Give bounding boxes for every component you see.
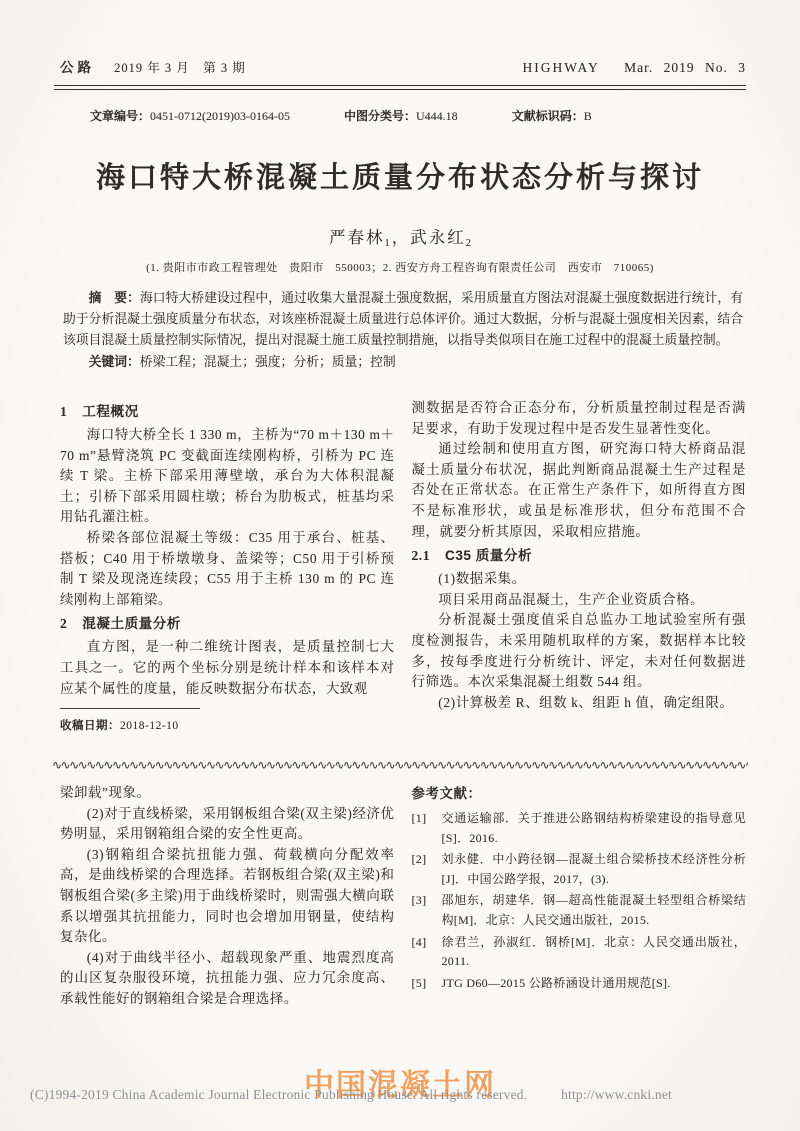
received-rule [60,708,200,709]
body-paragraph: (1)数据采集。 [412,569,747,590]
article-number: 文章编号：0451-0712(2019)03-0164-05 [90,107,290,124]
doc-code-value: B [584,109,592,123]
body-paragraph: 通过绘制和使用直方图，研究海口特大桥商品混凝土质量分布状况，据此判断商品混凝土生… [412,439,747,542]
reference-label: [5] [412,974,442,994]
body-columns-bottom: 梁卸载”现象。 (2)对于直线桥梁，采用钢板组合梁(双主梁)经济优势明显，采用钢… [60,783,746,1083]
section-title-2-1: C35 质量分析 [445,548,532,563]
journal-header-en: HIGHWAY Mar. 2019 No. 3 [523,60,747,76]
keywords-text: 桥梁工程；混凝土；强度；分析；质量；控制 [140,355,396,369]
header-double-rule [54,85,746,90]
page-footer: (C)1994-2019 China Academic Journal Elec… [30,1087,672,1103]
section-title-2: 混凝土质量分析 [82,616,181,631]
reference-text: 交通运输部．关于推进公路钢结构桥梁建设的指导意见[S]．2016. [442,809,747,848]
left-column-top: 1工程概况 海口特大桥全长 1 330 m，主桥为“70 m＋130 m＋70 … [60,398,395,762]
journal-issue-zh: 2019 年 3 月 第 3 期 [114,61,246,75]
copyright-text: (C)1994-2019 China Academic Journal Elec… [30,1087,527,1103]
reference-item-4: [4] 徐君兰，孙淑红．钢桥[M]．北京：人民交通出版社，2011. [412,933,747,972]
reference-label: [1] [412,809,442,848]
reference-item-1: [1] 交通运输部．关于推进公路钢结构桥梁建设的指导意见[S]．2016. [412,809,747,848]
body-paragraph-continuation: 测数据是否符合正态分布，分析质量控制过程是否满足要求，有助于发现过程中是否发生显… [412,398,747,439]
abstract-label: 摘 要： [89,290,140,305]
reference-text: 刘永健．中小跨径钢—混凝土组合梁桥技术经济性分析[J]．中国公路学报，2017，… [442,850,747,889]
article-meta: 文章编号：0451-0712(2019)03-0164-05 中图分类号：U44… [90,107,746,124]
clc-label: 中图分类号： [344,109,416,123]
reference-label: [4] [412,933,442,972]
keywords-label: 关键词： [89,354,140,369]
section-heading-1: 1工程概况 [60,401,395,422]
reference-item-5: [5] JTG D60—2015 公路桥涵设计通用规范[S]. [412,974,747,994]
reference-text: 徐君兰，孙淑红．钢桥[M]．北京：人民交通出版社，2011. [442,933,747,972]
section-title-1: 工程概况 [82,404,138,419]
body-paragraph: (4)对于曲线半径小、超载现象严重、地震烈度高的山区复杂服役环境，抗扭能力强、应… [60,948,395,1010]
paper-title: 海口特大桥混凝土质量分布状态分析与探讨 [0,155,800,196]
author-superscript-1: 1 [385,238,390,249]
received-date-note: 收稿日期：2018-12-10 [60,708,395,737]
references-heading: 参考文献： [412,783,747,805]
author-superscript-2: 2 [466,238,471,249]
body-paragraph: 桥梁各部位混凝土等级：C35 用于承台、桩基、搭板；C40 用于桥墩墩身、盖梁等… [60,528,395,610]
article-number-value: 0451-0712(2019)03-0164-05 [150,109,290,123]
keywords-line: 关键词：桥梁工程；混凝土；强度；分析；质量；控制 [63,351,743,373]
received-date: 2018-12-10 [120,720,179,732]
author-name-1: 严春林 [329,228,385,247]
section-number-1: 1 [60,404,67,419]
reference-label: [2] [412,850,442,889]
reference-item-2: [2] 刘永健．中小跨径钢—混凝土组合梁桥技术经济性分析[J]．中国公路学报，2… [412,850,747,889]
author-name-2: 武永红 [410,228,466,247]
section-number-2-1: 2.1 [412,548,431,563]
abstract-block: 摘 要：海口特大桥建设过程中，通过收集大量混凝土强度数据，采用质量直方图法对混凝… [63,287,743,373]
body-paragraph: 项目采用商品混凝土，生产企业资质合格。 [412,590,747,611]
journal-title-zh: 公路 [60,60,95,75]
journal-header: 公路 2019 年 3 月 第 3 期 HIGHWAY Mar. 2019 No… [60,56,746,76]
abstract-paragraph: 摘 要：海口特大桥建设过程中，通过收集大量混凝土强度数据，采用质量直方图法对混凝… [63,287,743,351]
affiliation-line: (1. 贵阳市市政工程管理处 贵阳市 550003；2. 西安方舟工程咨询有限责… [0,259,800,275]
section-heading-2: 2混凝土质量分析 [60,613,395,634]
journal-header-zh: 公路 2019 年 3 月 第 3 期 [60,56,246,76]
abstract-text: 海口特大桥建设过程中，通过收集大量混凝土强度数据，采用质量直方图法对混凝土强度数… [63,291,743,347]
clc-value: U444.18 [416,109,458,123]
body-paragraph: (2)对于直线桥梁，采用钢板组合梁(双主梁)经济优势明显，采用钢箱组合梁的安全性… [60,804,395,845]
reference-text: JTG D60—2015 公路桥涵设计通用规范[S]. [442,974,747,994]
received-label: 收稿日期： [60,720,120,732]
section-heading-2-1: 2.1C35 质量分析 [412,545,747,566]
doc-code: 文献标识码：B [512,107,592,124]
clc-number: 中图分类号：U444.18 [344,107,458,124]
body-paragraph: (2)计算极差 R、组数 k、组距 h 值，确定组限。 [412,693,747,714]
ornament-divider: ∿∿∿∿∿∿∿∿∿∿∿∿∿∿∿∿∿∿∿∿∿∿∿∿∿∿∿∿∿∿∿∿∿∿∿∿∿∿∿∿… [52,758,748,774]
journal-page: 公路 2019 年 3 月 第 3 期 HIGHWAY Mar. 2019 No… [0,0,800,1131]
right-column-bottom: 参考文献： [1] 交通运输部．关于推进公路钢结构桥梁建设的指导意见[S]．20… [412,783,747,1083]
body-columns-top: 1工程概况 海口特大桥全长 1 330 m，主桥为“70 m＋130 m＋70 … [60,398,746,762]
body-paragraph: 海口特大桥全长 1 330 m，主桥为“70 m＋130 m＋70 m”悬臂浇筑… [60,425,395,528]
left-column-bottom: 梁卸载”现象。 (2)对于直线桥梁，采用钢板组合梁(双主梁)经济优势明显，采用钢… [60,783,395,1083]
body-paragraph: 直方图，是一种二维统计图表，是质量控制七大工具之一。它的两个坐标分别是统计样本和… [60,637,395,699]
received-text: 收稿日期：2018-12-10 [60,716,395,737]
authors-separator: ， [392,228,409,247]
body-paragraph-continuation: 梁卸载”现象。 [60,783,395,804]
authors-line: 严春林1，武永红2 [0,224,800,248]
body-paragraph: (3)钢箱组合梁抗扭能力强、荷载横向分配效率高，是曲线桥梁的合理选择。若钢板组合… [60,845,395,948]
reference-label: [3] [412,891,442,930]
reference-text: 邵旭东，胡建华．钢—超高性能混凝土轻型组合桥梁结构[M]．北京：人民交通出版社，… [442,891,747,930]
article-number-label: 文章编号： [90,109,150,123]
reference-item-3: [3] 邵旭东，胡建华．钢—超高性能混凝土轻型组合桥梁结构[M]．北京：人民交通… [412,891,747,930]
doc-code-label: 文献标识码： [512,109,584,123]
section-number-2: 2 [60,616,67,631]
journal-issue-en: Mar. 2019 No. 3 [624,60,746,75]
journal-title-en: HIGHWAY [523,60,600,75]
right-column-top: 测数据是否符合正态分布，分析质量控制过程是否满足要求，有助于发现过程中是否发生显… [412,398,747,762]
cnki-url: http://www.cnki.net [561,1087,672,1103]
body-paragraph: 分析混凝土强度值采自总监办工地试验室所有强度检测报告，未采用随机取样的方案，数据… [412,610,747,692]
